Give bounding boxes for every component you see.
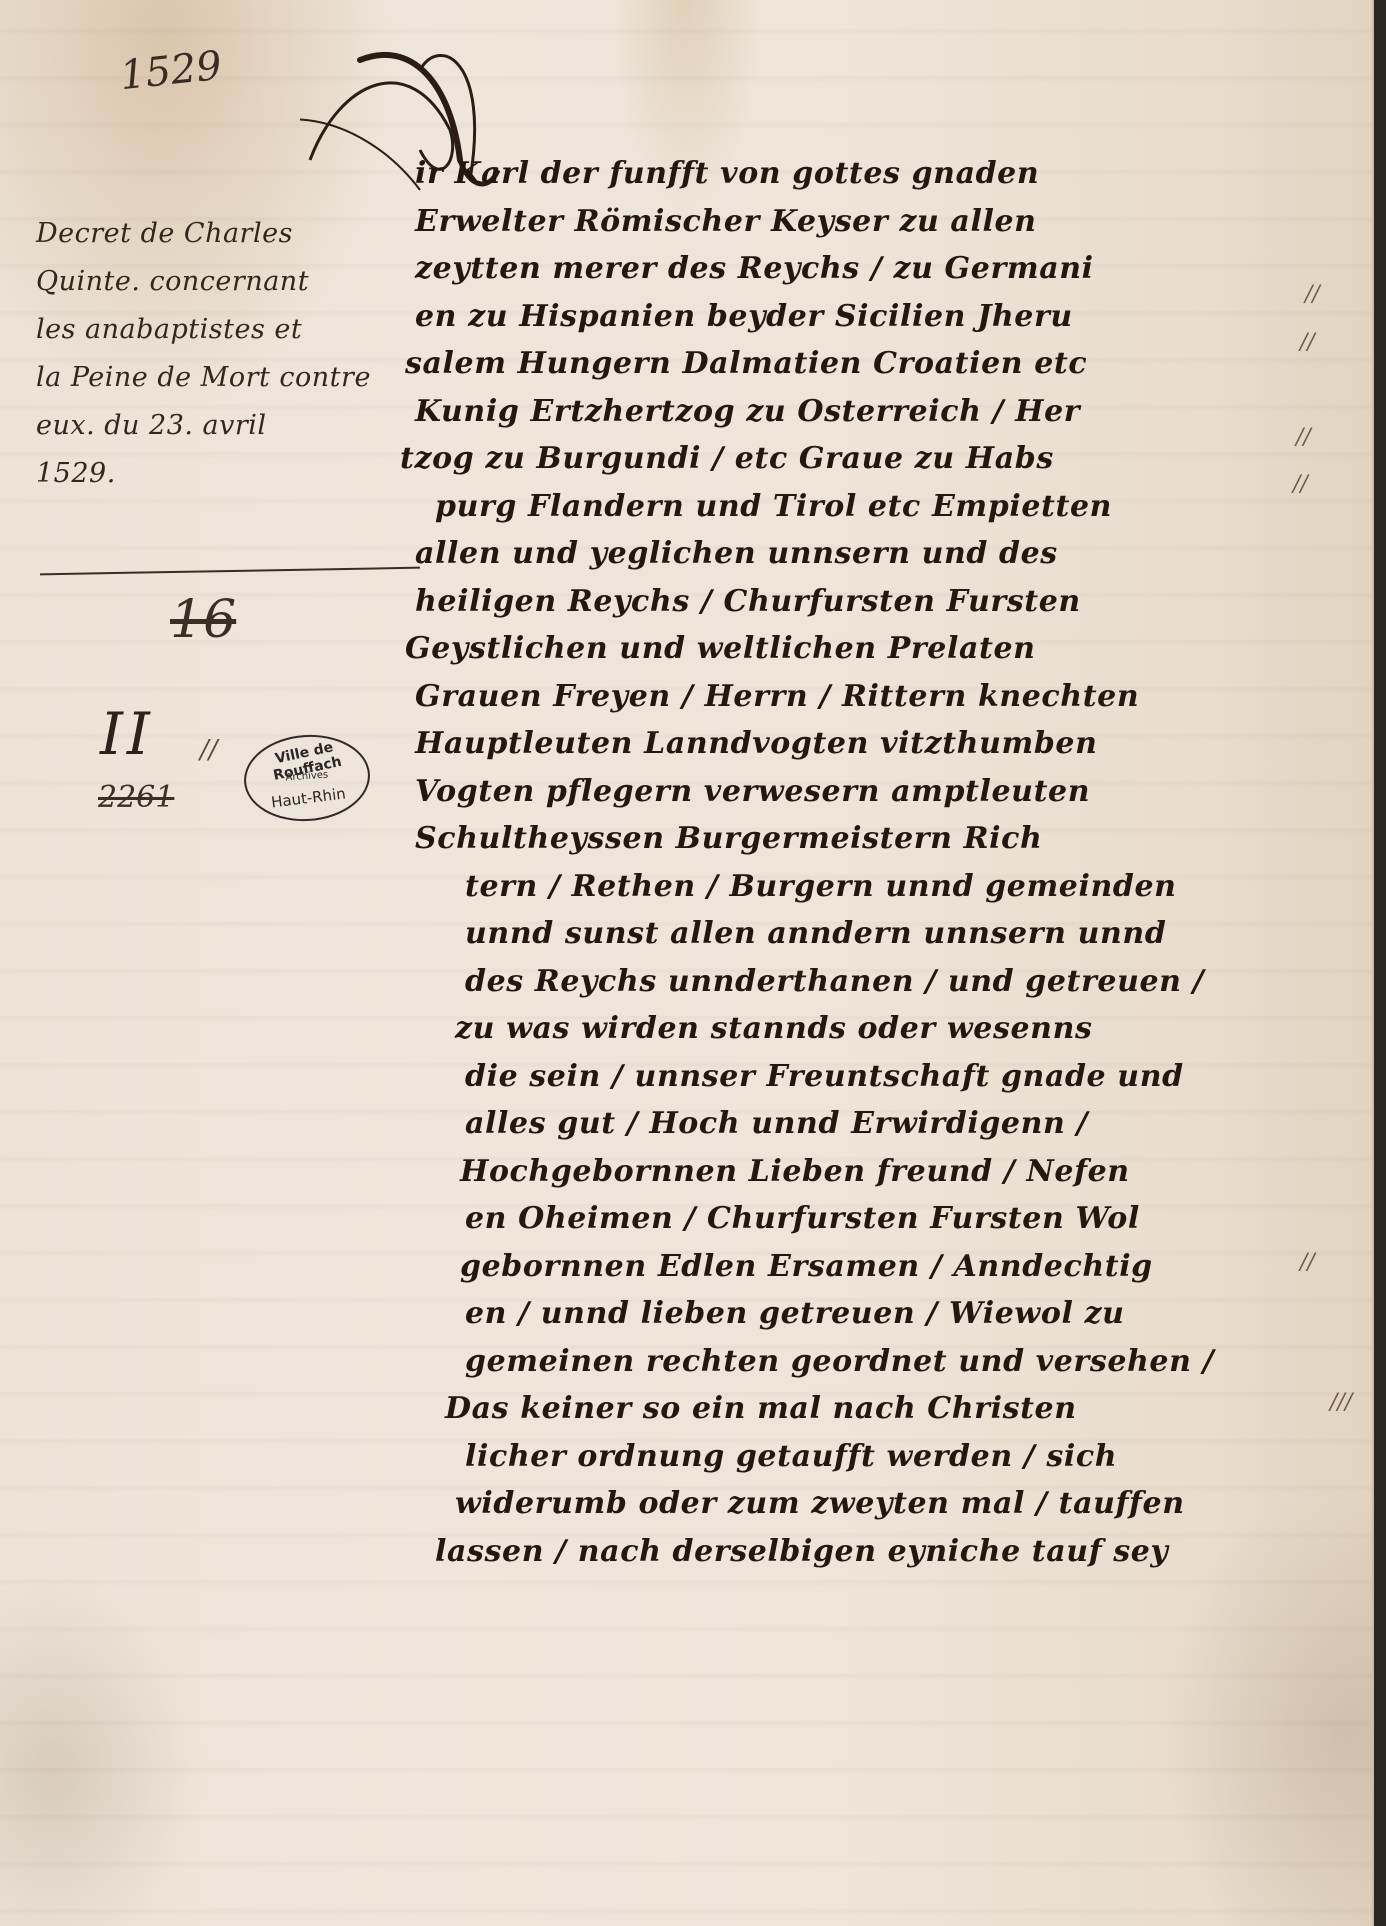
text-line: Schultheyssen Burgermeistern Rich xyxy=(415,815,1345,863)
roman-numeral: II xyxy=(100,700,154,768)
line-continuation-mark: // xyxy=(1293,472,1308,497)
text-line: allen und yeglichen unnsern und des xyxy=(415,530,1345,578)
text-line: alles gut / Hoch unnd Erwirdigenn / xyxy=(465,1100,1345,1148)
text-line: purg Flandern und Tirol etc Empietten xyxy=(435,483,1345,531)
margin-note-line: 1529. xyxy=(36,450,436,498)
decree-body: ir Karl der funfft von gottes gnaden Erw… xyxy=(415,150,1345,1575)
text-line: en / unnd lieben getreuen / Wiewol zu xyxy=(465,1290,1345,1338)
text-line: tern / Rethen / Burgern unnd gemeinden xyxy=(465,863,1345,911)
text-line: unnd sunst allen anndern unnsern unnd xyxy=(465,910,1345,958)
manuscript-page: 1529 Decret de Charles Quinte. concernan… xyxy=(0,0,1374,1926)
margin-note-line: Decret de Charles xyxy=(36,210,436,258)
archive-stamp: Ville de Rouffach Archives Haut-Rhin xyxy=(241,731,373,826)
stamp-bottom-text: Haut-Rhin xyxy=(247,782,370,815)
struck-old-number: 2261 xyxy=(98,780,174,815)
text-line: Hochgebornnen Lieben freund / Nefen xyxy=(460,1148,1345,1196)
text-line: licher ordnung getaufft werden / sich xyxy=(465,1433,1345,1481)
text-line: Kunig Ertzhertzog zu Osterreich / Her xyxy=(415,388,1345,436)
margin-year: 1529 xyxy=(118,43,224,99)
margin-divider xyxy=(40,567,420,576)
text-line: ir Karl der funfft von gottes gnaden xyxy=(415,150,1345,198)
text-line: widerumb oder zum zweyten mal / tauffen xyxy=(455,1480,1345,1528)
text-line: Geystlichen und weltlichen Prelaten xyxy=(405,625,1345,673)
text-line: en zu Hispanien beyder Sicilien Jheru xyxy=(415,293,1345,341)
text-line: zeytten merer des Reychs / zu Germani xyxy=(415,245,1345,293)
text-line: die sein / unnser Freuntschaft gnade und xyxy=(465,1053,1345,1101)
struck-folio-number: 16 xyxy=(170,590,236,650)
text-line: des Reychs unnderthanen / und getreuen / xyxy=(465,958,1345,1006)
text-line: tzog zu Burgundi / etc Graue zu Habs xyxy=(400,435,1345,483)
margin-annotation: Decret de Charles Quinte. concernant les… xyxy=(36,210,436,498)
text-line: lassen / nach derselbigen eyniche tauf s… xyxy=(435,1528,1345,1576)
text-line: heiligen Reychs / Churfursten Fursten xyxy=(415,578,1345,626)
text-line: Vogten pflegern verwesern amptleuten xyxy=(415,768,1345,816)
text-line: gemeinen rechten geordnet und versehen / xyxy=(465,1338,1345,1386)
text-line: en Oheimen / Churfursten Fursten Wol xyxy=(465,1195,1345,1243)
margin-note-line: eux. du 23. avril xyxy=(36,402,436,450)
text-line: zu was wirden stannds oder wesenns xyxy=(455,1005,1345,1053)
margin-note-line: la Peine de Mort contre xyxy=(36,354,436,402)
text-line: gebornnen Edlen Ersamen / Anndechtig xyxy=(460,1243,1345,1291)
text-line: Erwelter Römischer Keyser zu allen xyxy=(415,198,1345,246)
slash-mark: // xyxy=(200,735,218,765)
text-line: Das keiner so ein mal nach Christen xyxy=(445,1385,1345,1433)
line-continuation-mark: // xyxy=(1305,282,1320,307)
text-line: Hauptleuten Lanndvogten vitzthumben xyxy=(415,720,1345,768)
line-continuation-mark: // xyxy=(1300,1250,1315,1275)
line-continuation-mark: /// xyxy=(1330,1390,1352,1415)
text-line: salem Hungern Dalmatien Croatien etc xyxy=(405,340,1345,388)
margin-note-line: Quinte. concernant xyxy=(36,258,436,306)
text-line: Grauen Freyen / Herrn / Rittern knechten xyxy=(415,673,1345,721)
margin-note-line: les anabaptistes et xyxy=(36,306,436,354)
line-continuation-mark: // xyxy=(1296,425,1311,450)
line-continuation-mark: // xyxy=(1300,330,1315,355)
